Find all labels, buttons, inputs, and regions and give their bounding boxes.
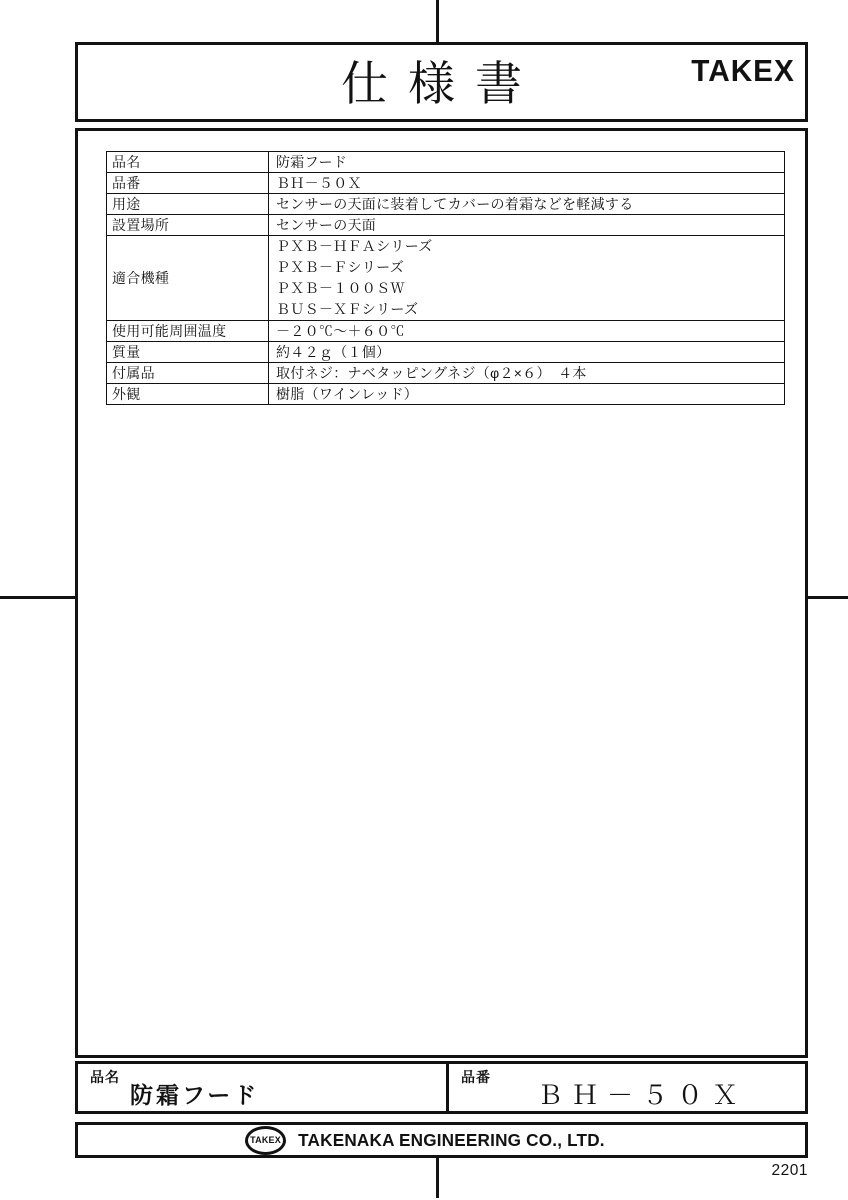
spec-label: 質量	[107, 342, 269, 363]
spec-value: ＰＸＢ－ＨＦＡシリーズ ＰＸＢ－Ｆシリーズ ＰＸＢ－１００ＳＷ ＢＵＳ－ＸＦシリ…	[269, 236, 785, 321]
spec-label: 設置場所	[107, 215, 269, 236]
main-box: 品名 防霜フード 品番 ＢＨ－５０Ｘ 用途 センサーの天面に装着してカバーの着霜…	[75, 128, 808, 1058]
table-row: 適合機種 ＰＸＢ－ＨＦＡシリーズ ＰＸＢ－Ｆシリーズ ＰＸＢ－１００ＳＷ ＢＵＳ…	[107, 236, 785, 321]
spec-table: 品名 防霜フード 品番 ＢＨ－５０Ｘ 用途 センサーの天面に装着してカバーの着霜…	[106, 151, 785, 405]
part-number-value: ＢＨ－５０Ｘ	[537, 1075, 747, 1112]
crop-mark-left	[0, 596, 77, 599]
part-number-label: 品番	[461, 1067, 491, 1087]
spec-label: 品名	[107, 152, 269, 173]
spec-value: 樹脂（ワインレッド）	[269, 384, 785, 405]
spec-label: 品番	[107, 173, 269, 194]
spec-value: センサーの天面に装着してカバーの着霜などを軽減する	[269, 194, 785, 215]
product-name-value: 防霜フード	[130, 1077, 259, 1110]
spec-label: 適合機種	[107, 236, 269, 321]
table-row: 品名 防霜フード	[107, 152, 785, 173]
crop-mark-bottom	[436, 1158, 439, 1198]
table-row: 外観 樹脂（ワインレッド）	[107, 384, 785, 405]
company-name: TAKENAKA ENGINEERING CO., LTD.	[298, 1130, 605, 1151]
spec-value: ＢＨ－５０Ｘ	[269, 173, 785, 194]
spec-value: センサーの天面	[269, 215, 785, 236]
footer-bar: TAKEX TAKENAKA ENGINEERING CO., LTD.	[75, 1122, 808, 1158]
title-block: 品名 防霜フード 品番 ＢＨ－５０Ｘ	[75, 1061, 808, 1114]
spec-sheet-page: 仕様書 TAKEX 品名 防霜フード 品番 ＢＨ－５０Ｘ 用途 センサーの天面に…	[0, 0, 848, 1200]
spec-label: 使用可能周囲温度	[107, 321, 269, 342]
spec-label: 付属品	[107, 363, 269, 384]
table-row: 質量 約４２ｇ（１個）	[107, 342, 785, 363]
spec-label: 用途	[107, 194, 269, 215]
part-number-cell: 品番 ＢＨ－５０Ｘ	[446, 1064, 805, 1111]
table-row: 品番 ＢＨ－５０Ｘ	[107, 173, 785, 194]
crop-mark-top	[436, 0, 439, 42]
product-name-cell: 品名 防霜フード	[78, 1064, 446, 1111]
header-box: 仕様書 TAKEX	[75, 42, 808, 122]
brand-wordmark: TAKEX	[692, 53, 795, 89]
model-line: ＰＸＢ－ＨＦＡシリーズ	[276, 236, 782, 257]
table-row: 用途 センサーの天面に装着してカバーの着霜などを軽減する	[107, 194, 785, 215]
takex-logo-icon: TAKEX	[245, 1126, 286, 1155]
spec-value: 防霜フード	[269, 152, 785, 173]
spec-label: 外観	[107, 384, 269, 405]
model-line: ＢＵＳ－ＸＦシリーズ	[276, 299, 782, 320]
takex-logo-text: TAKEX	[250, 1135, 281, 1145]
spec-value: 取付ネジ：ナベタッピングネジ（φ２×６） ４本	[269, 363, 785, 384]
model-line: ＰＸＢ－１００ＳＷ	[276, 278, 782, 299]
page-number: 2201	[728, 1162, 808, 1180]
spec-value: 約４２ｇ（１個）	[269, 342, 785, 363]
model-line: ＰＸＢ－Ｆシリーズ	[276, 257, 782, 278]
product-name-label: 品名	[90, 1067, 120, 1087]
crop-mark-right	[808, 596, 848, 599]
spec-value: －２０℃～＋６０℃	[269, 321, 785, 342]
table-row: 使用可能周囲温度 －２０℃～＋６０℃	[107, 321, 785, 342]
table-row: 設置場所 センサーの天面	[107, 215, 785, 236]
table-row: 付属品 取付ネジ：ナベタッピングネジ（φ２×６） ４本	[107, 363, 785, 384]
